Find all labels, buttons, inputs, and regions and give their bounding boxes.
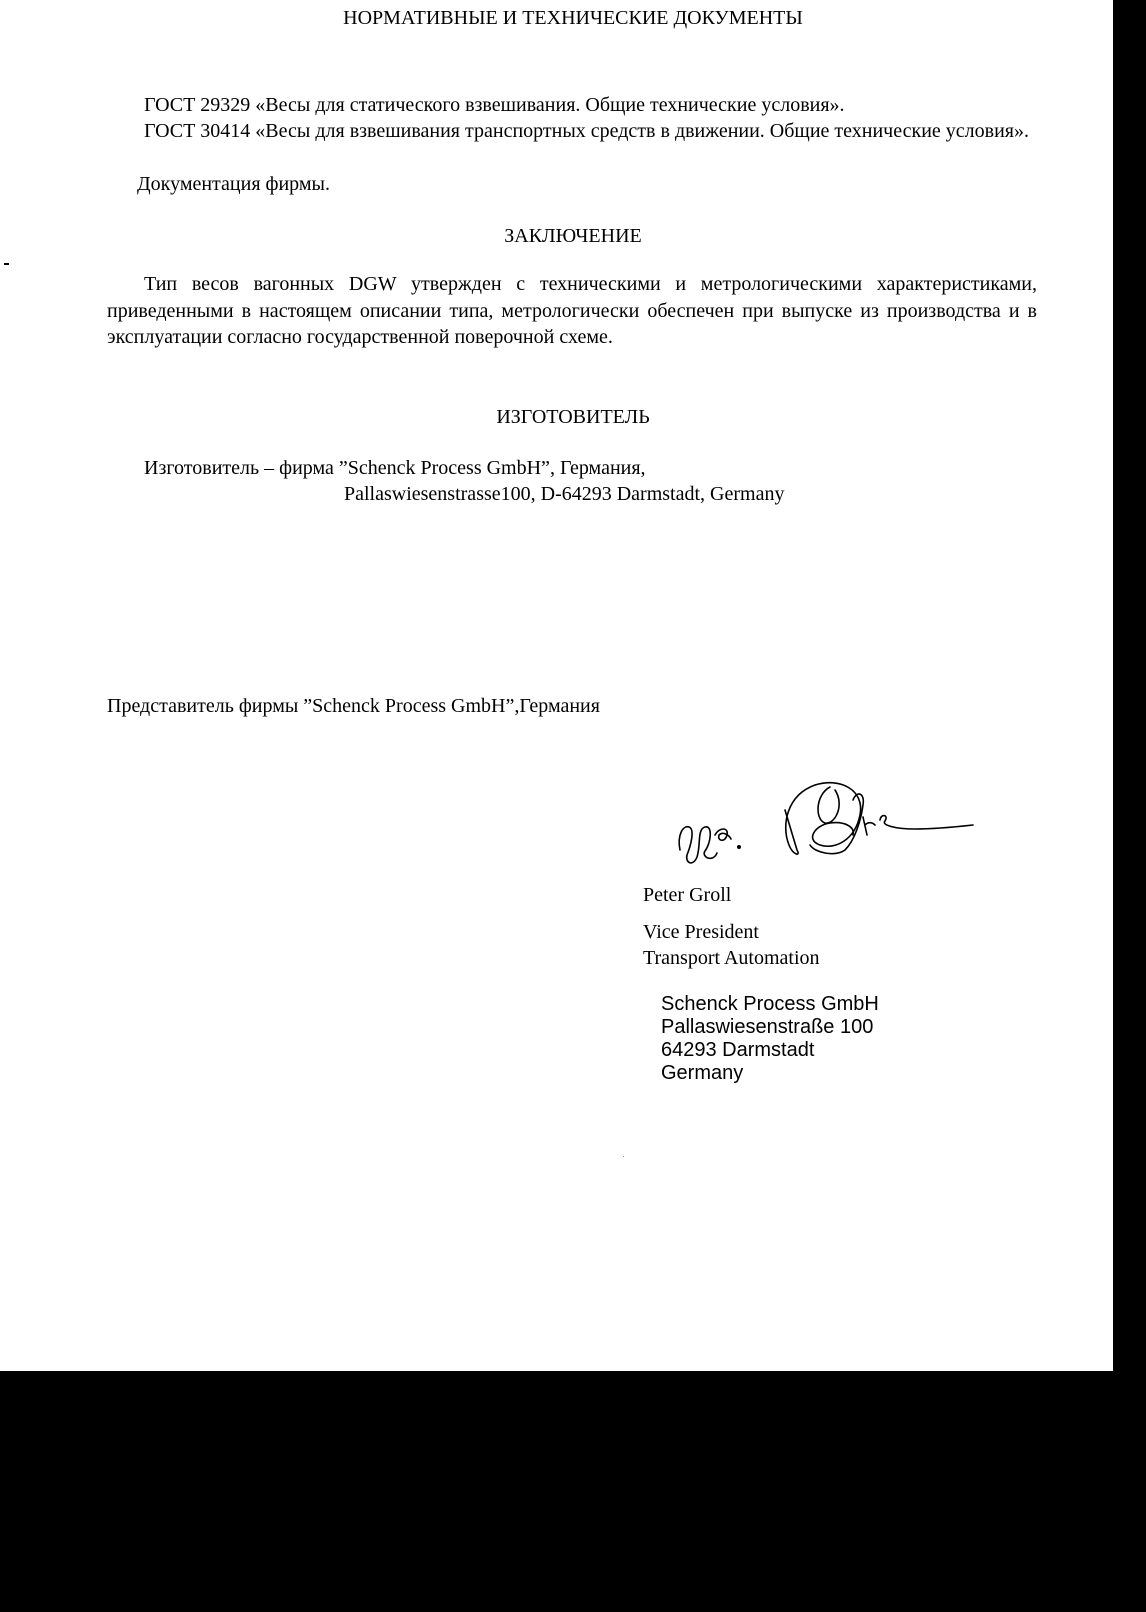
normative-item-company-docs: Документация фирмы.: [107, 171, 1037, 198]
representative-label: Представитель фирмы ”Schenck Process Gmb…: [107, 693, 600, 720]
signatory-name: Peter Groll: [643, 882, 731, 909]
document-page: НОРМАТИВНЫЕ И ТЕХНИЧЕСКИЕ ДОКУМЕНТЫ ГОСТ…: [0, 0, 1113, 1371]
manufacturer-address: Pallaswiesenstrasse100, D-64293 Darmstad…: [344, 481, 784, 508]
stamp-street: Pallaswiesenstraße 100: [661, 1016, 879, 1039]
scan-margin-mark: [4, 263, 9, 265]
conclusion-heading: ЗАКЛЮЧЕНИЕ: [0, 223, 1146, 250]
stamp-company: Schenck Process GmbH: [661, 993, 879, 1016]
company-stamp: Schenck Process GmbH Pallaswiesenstraße …: [661, 993, 879, 1085]
signatory-department: Transport Automation: [643, 945, 820, 972]
normative-item-gost-29329: ГОСТ 29329 «Весы для статического взвеши…: [107, 92, 1037, 119]
manufacturer-heading: ИЗГОТОВИТЕЛЬ: [0, 404, 1146, 431]
normative-documents-heading: НОРМАТИВНЫЕ И ТЕХНИЧЕСКИЕ ДОКУМЕНТЫ: [0, 5, 1146, 32]
scan-speck: [623, 1156, 624, 1157]
conclusion-text: Тип весов вагонных DGW утвержден с техни…: [107, 271, 1037, 351]
manufacturer-line: Изготовитель – фирма ”Schenck Process Gm…: [144, 455, 646, 482]
normative-item-gost-30414: ГОСТ 30414 «Весы для взвешивания транспо…: [107, 118, 1042, 145]
stamp-country: Germany: [661, 1062, 879, 1085]
signature-icon: [675, 765, 975, 875]
stamp-city: 64293 Darmstadt: [661, 1039, 879, 1062]
signatory-title: Vice President: [643, 919, 759, 946]
